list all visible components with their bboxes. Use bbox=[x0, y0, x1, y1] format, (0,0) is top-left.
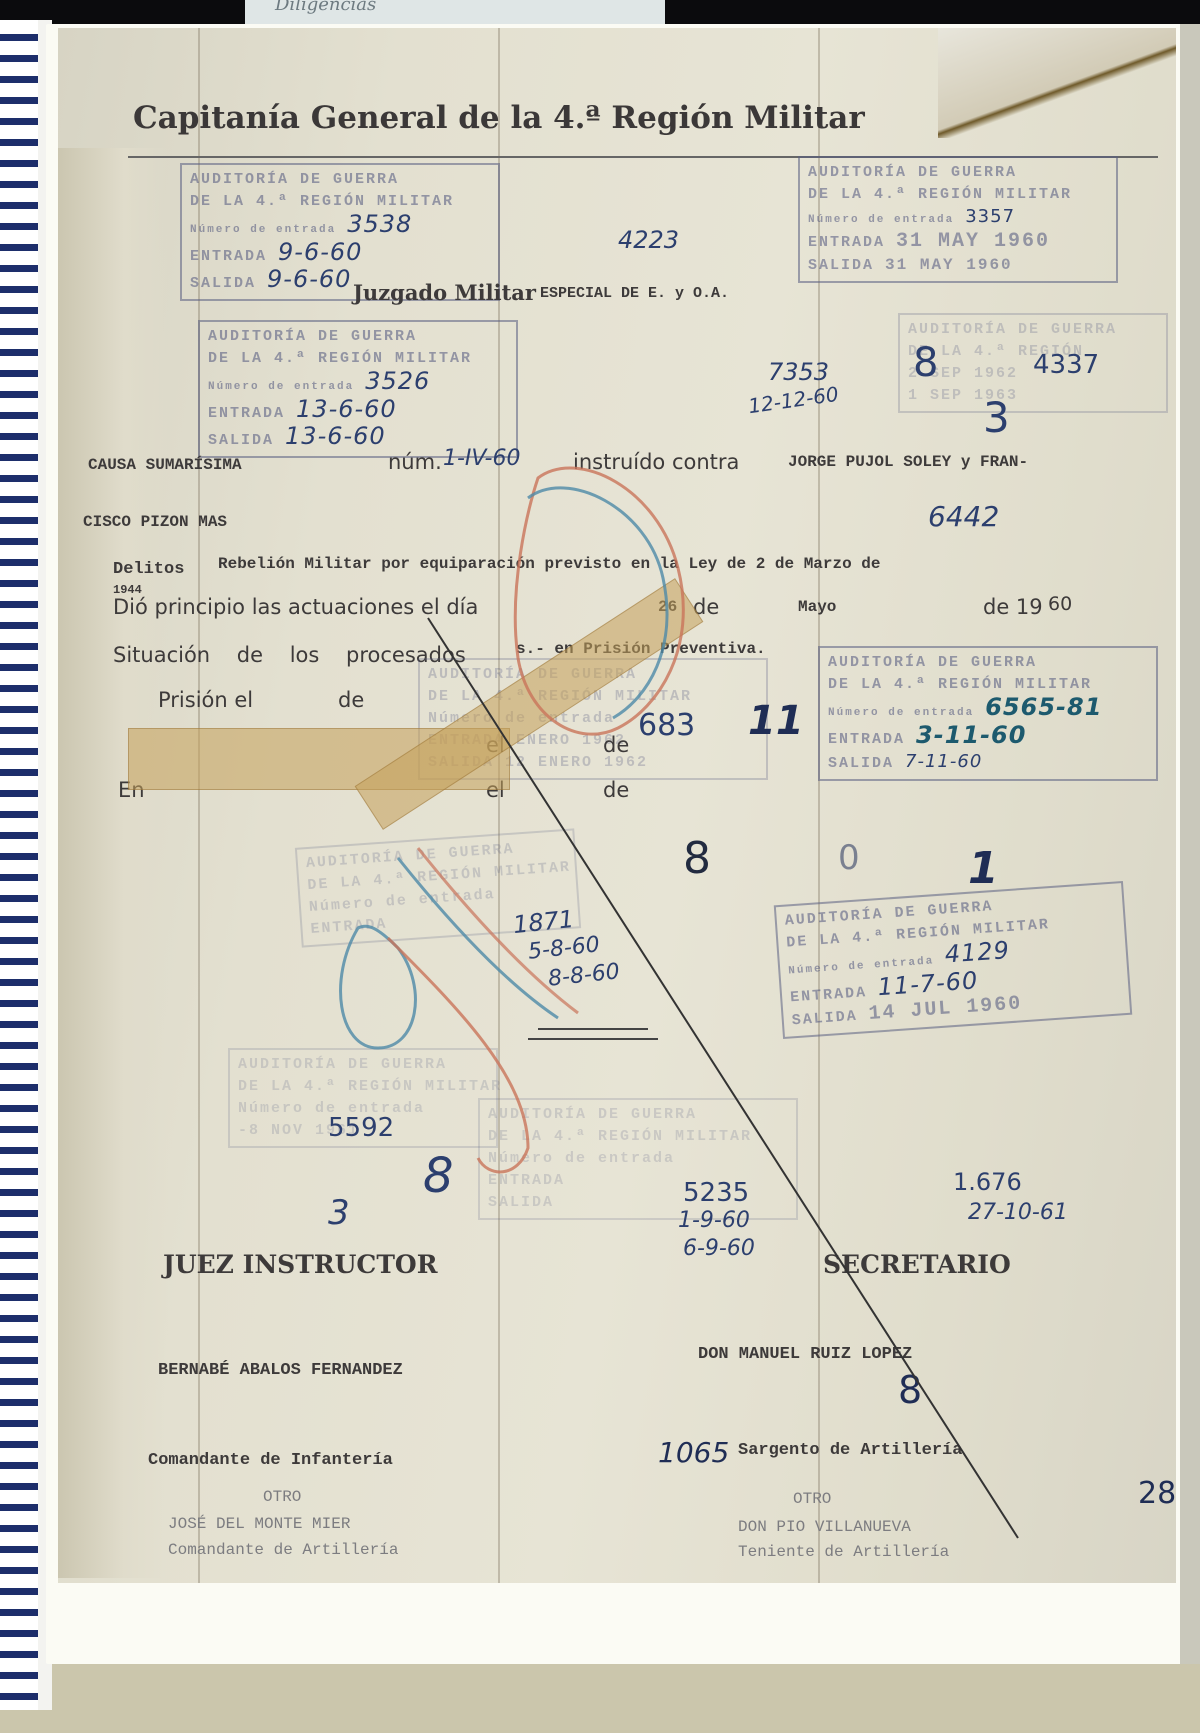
right-strip bbox=[1180, 24, 1200, 1664]
document-photo: Capitanía General de la 4.ª Región Milit… bbox=[58, 28, 1176, 1583]
spiral-binding bbox=[0, 20, 42, 1710]
table-surface bbox=[0, 1660, 1200, 1733]
note-slip: Diligencias bbox=[245, 0, 665, 24]
pencil-scribbles bbox=[58, 28, 1176, 1583]
